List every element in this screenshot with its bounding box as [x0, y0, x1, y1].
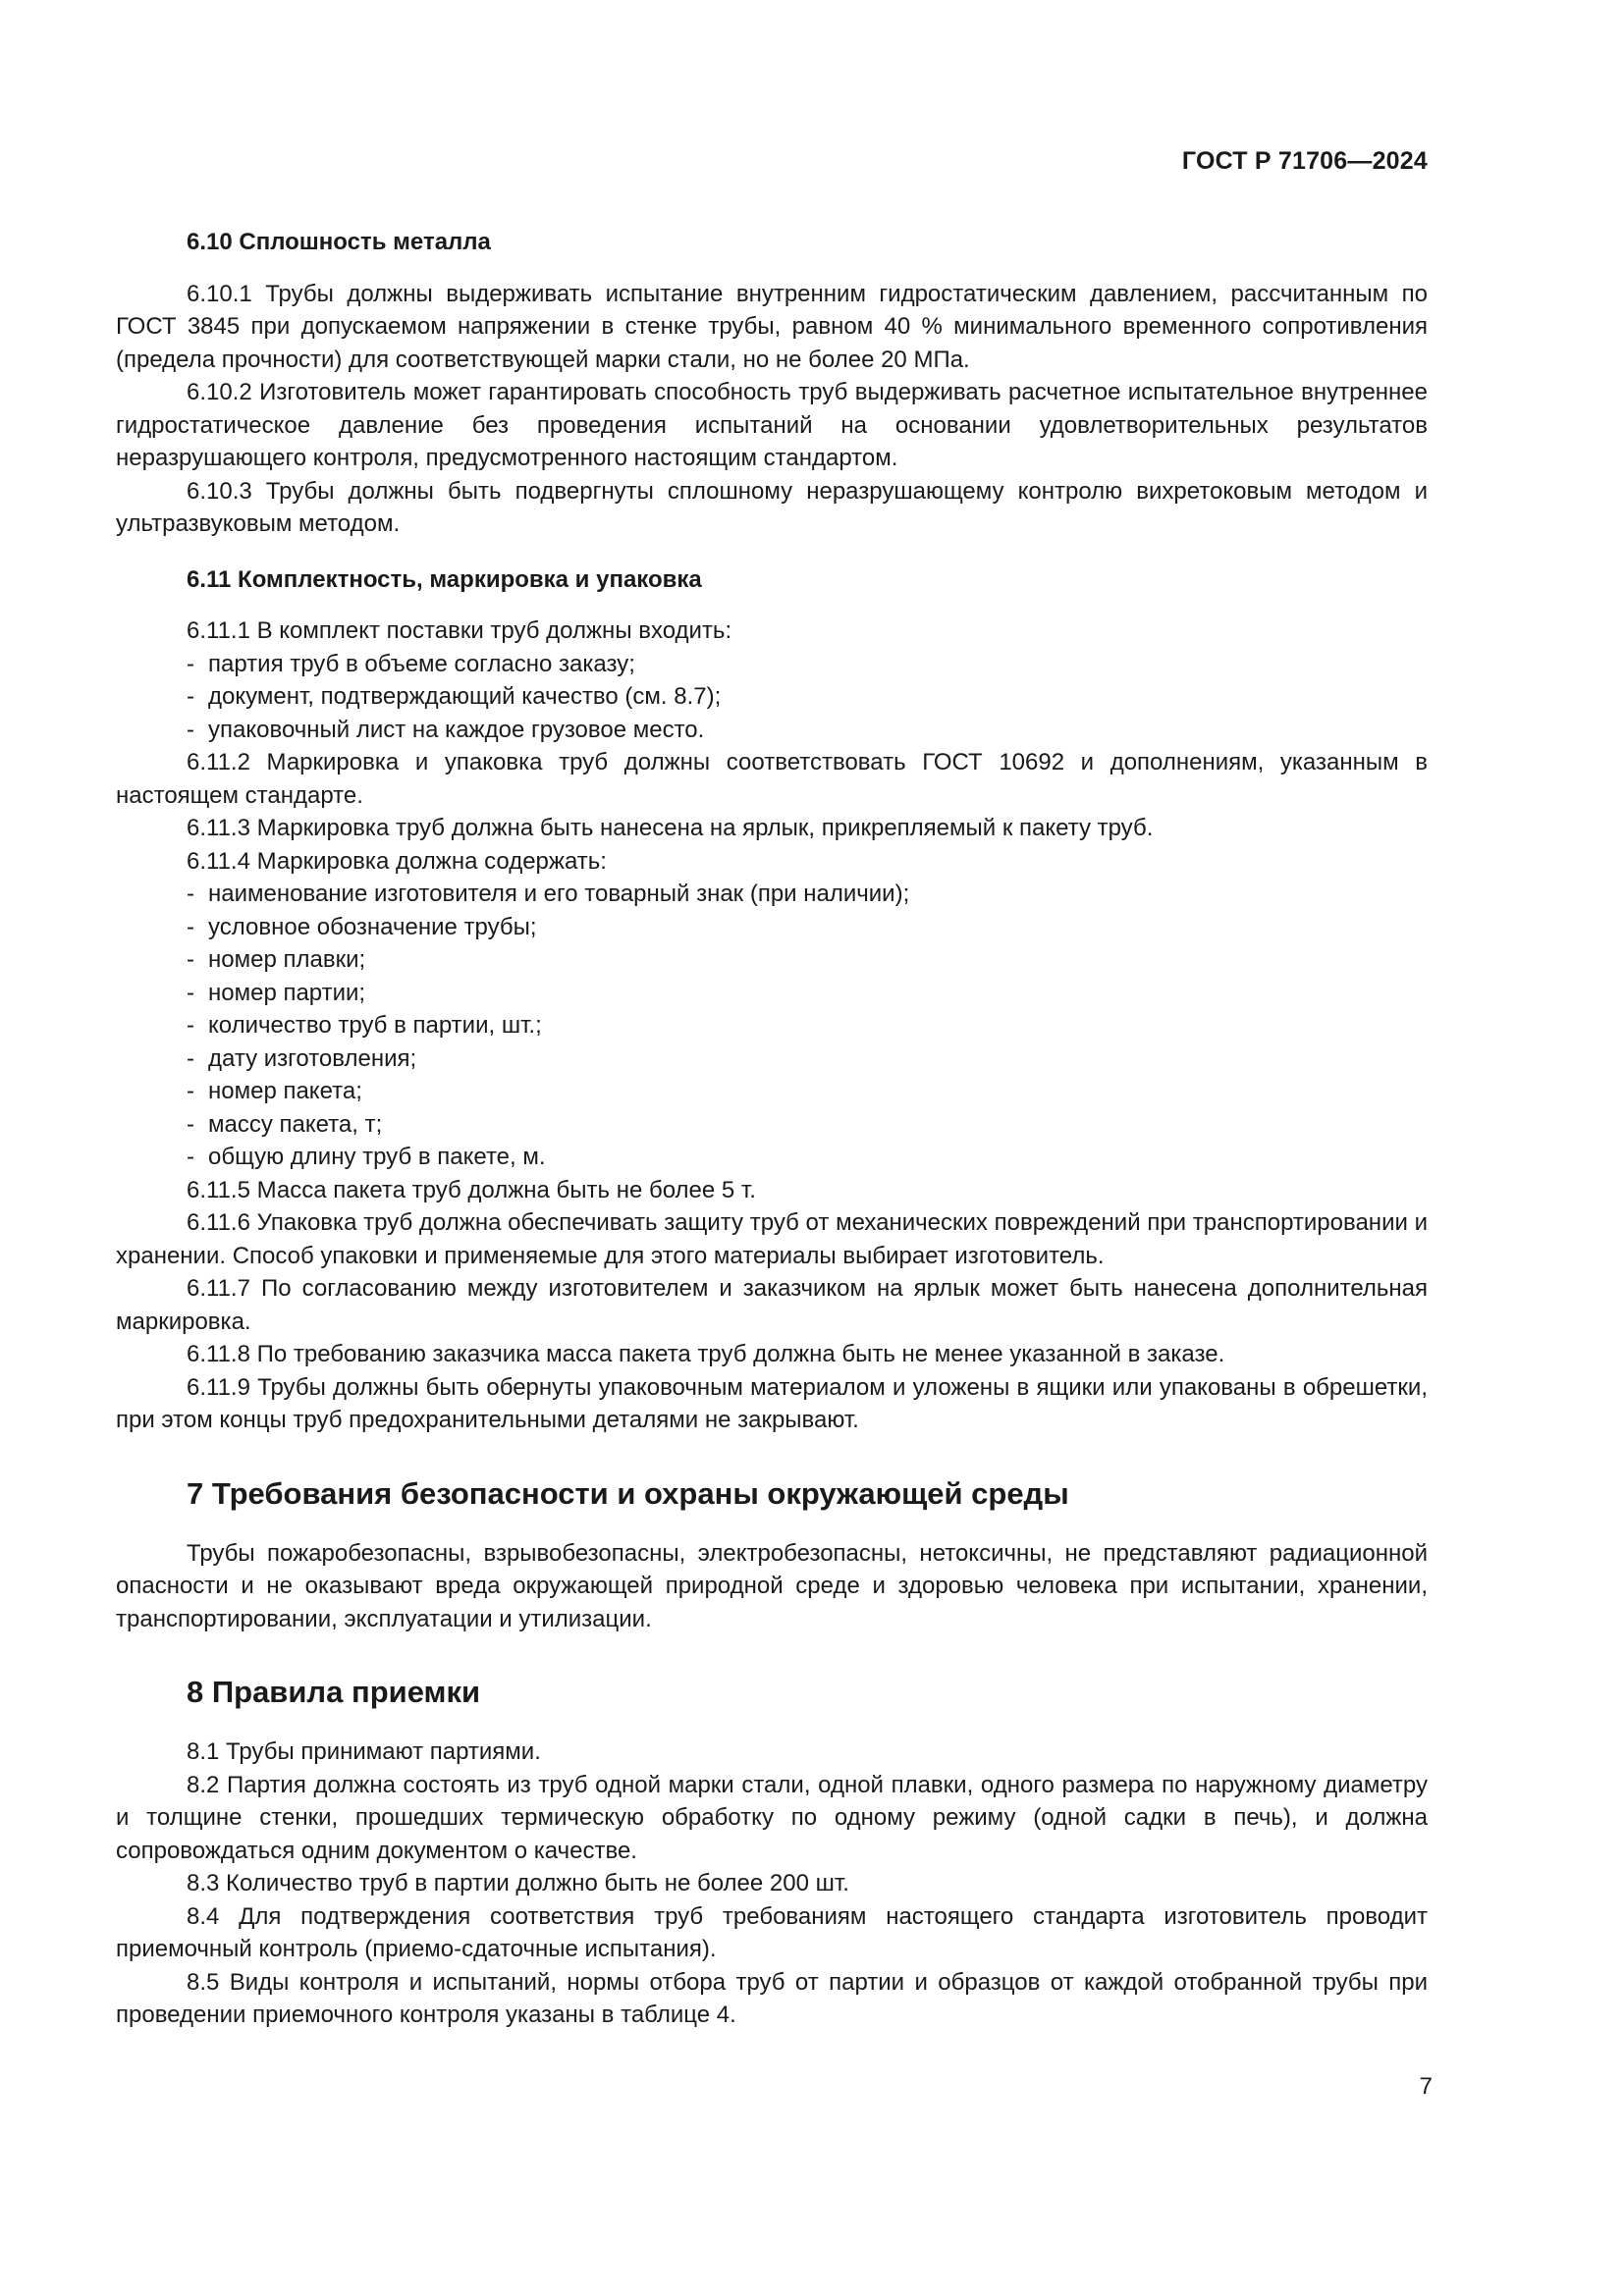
paragraph-6-11-2: 6.11.2 Маркировка и упаковка труб должны… [116, 746, 1428, 812]
page-number: 7 [1420, 2073, 1433, 2101]
section-heading-6-10: 6.10 Сплошность металла [187, 226, 1428, 259]
list-item: -номер плавки; [187, 943, 1428, 977]
list-item: -массу пакета, т; [187, 1108, 1428, 1142]
section-heading-8: 8 Правила приемки [187, 1673, 1428, 1712]
document-id-header: ГОСТ Р 71706—2024 [1182, 147, 1428, 176]
paragraph-6-10-1: 6.10.1 Трубы должны выдерживать испытани… [116, 278, 1428, 377]
list-item: -упаковочный лист на каждое грузовое мес… [187, 714, 1428, 747]
list-item: -количество труб в партии, шт.; [187, 1009, 1428, 1042]
list-item: -общую длину труб в пакете, м. [187, 1141, 1428, 1174]
paragraph-6-11-8: 6.11.8 По требованию заказчика масса пак… [116, 1338, 1428, 1371]
marking-contents-list: -наименование изготовителя и его товарны… [116, 878, 1428, 1174]
section-heading-7: 7 Требования безопасности и охраны окруж… [187, 1474, 1428, 1514]
paragraph-8-4: 8.4 Для подтверждения соответствия труб … [116, 1900, 1428, 1966]
paragraph-6-11-3: 6.11.3 Маркировка труб должна быть нанес… [116, 812, 1428, 845]
paragraph-8-2: 8.2 Партия должна состоять из труб одной… [116, 1769, 1428, 1868]
list-item: -дату изготовления; [187, 1042, 1428, 1076]
list-item: -партия труб в объеме согласно заказу; [187, 648, 1428, 681]
list-item: -номер партии; [187, 977, 1428, 1010]
document-body: 6.10 Сплошность металла 6.10.1 Трубы дол… [116, 226, 1428, 2032]
paragraph-7: Трубы пожаробезопасны, взрывобезопасны, … [116, 1537, 1428, 1636]
paragraph-6-11-5: 6.11.5 Масса пакета труб должна быть не … [116, 1174, 1428, 1207]
list-item: -условное обозначение трубы; [187, 911, 1428, 944]
paragraph-6-10-3: 6.10.3 Трубы должны быть подвергнуты спл… [116, 475, 1428, 541]
paragraph-8-1: 8.1 Трубы принимают партиями. [116, 1735, 1428, 1769]
paragraph-8-5: 8.5 Виды контроля и испытаний, нормы отб… [116, 1966, 1428, 2032]
paragraph-6-11-7: 6.11.7 По согласованию между изготовител… [116, 1272, 1428, 1338]
paragraph-8-3: 8.3 Количество труб в партии должно быть… [116, 1867, 1428, 1900]
paragraph-6-11-1: 6.11.1 В комплект поставки труб должны в… [116, 614, 1428, 648]
section-heading-6-11: 6.11 Комплектность, маркировка и упаковк… [187, 563, 1428, 597]
paragraph-6-11-9: 6.11.9 Трубы должны быть обернуты упаков… [116, 1371, 1428, 1437]
paragraph-6-11-4: 6.11.4 Маркировка должна содержать: [116, 845, 1428, 879]
paragraph-6-11-6: 6.11.6 Упаковка труб должна обеспечивать… [116, 1206, 1428, 1272]
list-item: -номер пакета; [187, 1075, 1428, 1108]
delivery-contents-list: -партия труб в объеме согласно заказу; -… [116, 648, 1428, 747]
paragraph-6-10-2: 6.10.2 Изготовитель может гарантировать … [116, 376, 1428, 475]
list-item: -наименование изготовителя и его товарны… [187, 878, 1428, 911]
list-item: -документ, подтверждающий качество (см. … [187, 680, 1428, 714]
